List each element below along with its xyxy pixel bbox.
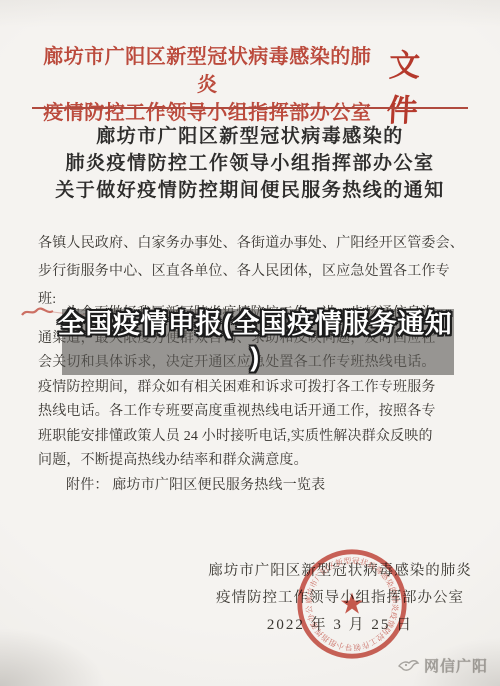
letterhead-doc-label: 文件 [378, 40, 470, 130]
salutation-line: 步行街服务中心、区直各单位、各人民团体，区应急处置各工作专 [38, 258, 464, 286]
scanned-notice-document: 廊坊市广阳区新型冠状病毒感染的肺炎 疫情防控工作领导小组指挥部办公室 文件 廊坊… [0, 0, 500, 686]
watermark: 网信广阳 [397, 655, 488, 676]
seal-star-icon: ★ [339, 589, 365, 621]
letterhead: 廊坊市广阳区新型冠状病毒感染的肺炎 疫情防控工作领导小组指挥部办公室 文件 [34, 40, 468, 130]
body-line: 班职能安排懂政策人员 24 小时接听电话,实质性解决群众反映的 [38, 425, 464, 450]
letterhead-divider [32, 107, 468, 109]
title-line1: 廊坊市广阳区新型冠状病毒感染的 [0, 123, 500, 150]
body-line: 疫情防控期间，群众如有相关困难和诉求可拨打各工作专班服务 [38, 376, 464, 401]
watermark-label: 网信广阳 [424, 655, 488, 676]
watermark-bird-icon [397, 657, 421, 675]
letterhead-org-name: 廊坊市广阳区新型冠状病毒感染的肺炎 疫情防控工作领导小组指挥部办公室 [34, 43, 380, 127]
overlay-headline-line2: ) [45, 341, 465, 374]
salutation-line: 各镇人民政府、白家务办事处、各街道办事处、广阳经开区管委会、 [38, 230, 464, 258]
attachment-line: 附件： 廊坊市广阳区便民服务热线一览表 [38, 474, 464, 499]
body-line: 热线电话。各工作专班要高度重视热线电话开通工作，按照各专 [38, 400, 464, 425]
title-line2: 肺炎疫情防控工作领导小组指挥部办公室 [0, 150, 500, 177]
title-line3: 关于做好疫情防控期间便民服务热线的通知 [0, 177, 500, 204]
overlay-headline: 全国疫情申报(全国疫情服务通知 ) [45, 308, 465, 374]
document-title: 廊坊市广阳区新型冠状病毒感染的 肺炎疫情防控工作领导小组指挥部办公室 关于做好疫… [0, 123, 500, 204]
body-line: 问题，不断提高热线办结率和群众满意度。 [38, 449, 464, 474]
official-seal-icon: 廊坊市广阳区新型冠状病毒感染的肺炎疫情防控工作领导小组指挥部办公室 ★ [294, 544, 410, 664]
letterhead-org-line1: 廊坊市广阳区新型冠状病毒感染的肺炎 [34, 43, 380, 99]
overlay-headline-line1: 全国疫情申报(全国疫情服务通知 [58, 309, 453, 339]
